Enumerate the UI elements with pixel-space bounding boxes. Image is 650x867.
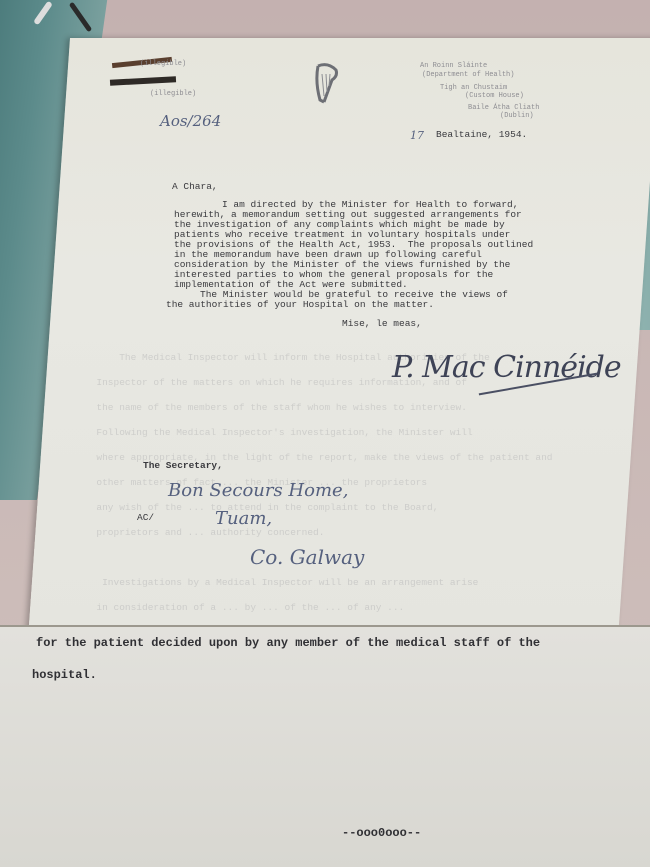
second-page-line: hospital. — [32, 670, 97, 681]
reference-number: Aos/264 — [160, 112, 221, 130]
closing: Mise, le meas, — [342, 318, 422, 329]
addressee-marker: AC/ — [137, 512, 154, 523]
second-page-line: for the patient decided upon by any memb… — [36, 638, 540, 649]
addressee-line: Bon Secours Home, — [168, 480, 348, 501]
letterhead-right-line: Tigh an Chustaim — [440, 84, 507, 92]
date-day: 17 — [410, 129, 424, 142]
harp-icon — [312, 62, 342, 106]
end-mark: --ooo0ooo-- — [342, 828, 421, 839]
addressee-label: The Secretary, — [143, 460, 223, 471]
second-page — [0, 625, 650, 867]
date: Bealtaine, 1954. — [436, 129, 527, 140]
addressee-line: Tuam, — [215, 508, 272, 529]
letterhead-right-line: (Custom House) — [465, 92, 524, 100]
letterhead-right-line: (Department of Health) — [422, 71, 514, 79]
letterhead-right-line: Baile Átha Cliath — [468, 104, 539, 112]
signature: P. Mac Cinnéide — [392, 350, 621, 385]
body-line: the authorities of your Hospital on the … — [166, 299, 434, 310]
letterhead-left-line: (illegible) — [150, 90, 196, 98]
letterhead-right-line: An Roinn Sláinte — [420, 62, 487, 70]
addressee-line: Co. Galway — [250, 545, 364, 569]
letterhead-right-line: (Dublin) — [500, 112, 534, 120]
salutation: A Chara, — [172, 181, 218, 192]
letterhead-left-line: (illegible) — [140, 60, 186, 68]
